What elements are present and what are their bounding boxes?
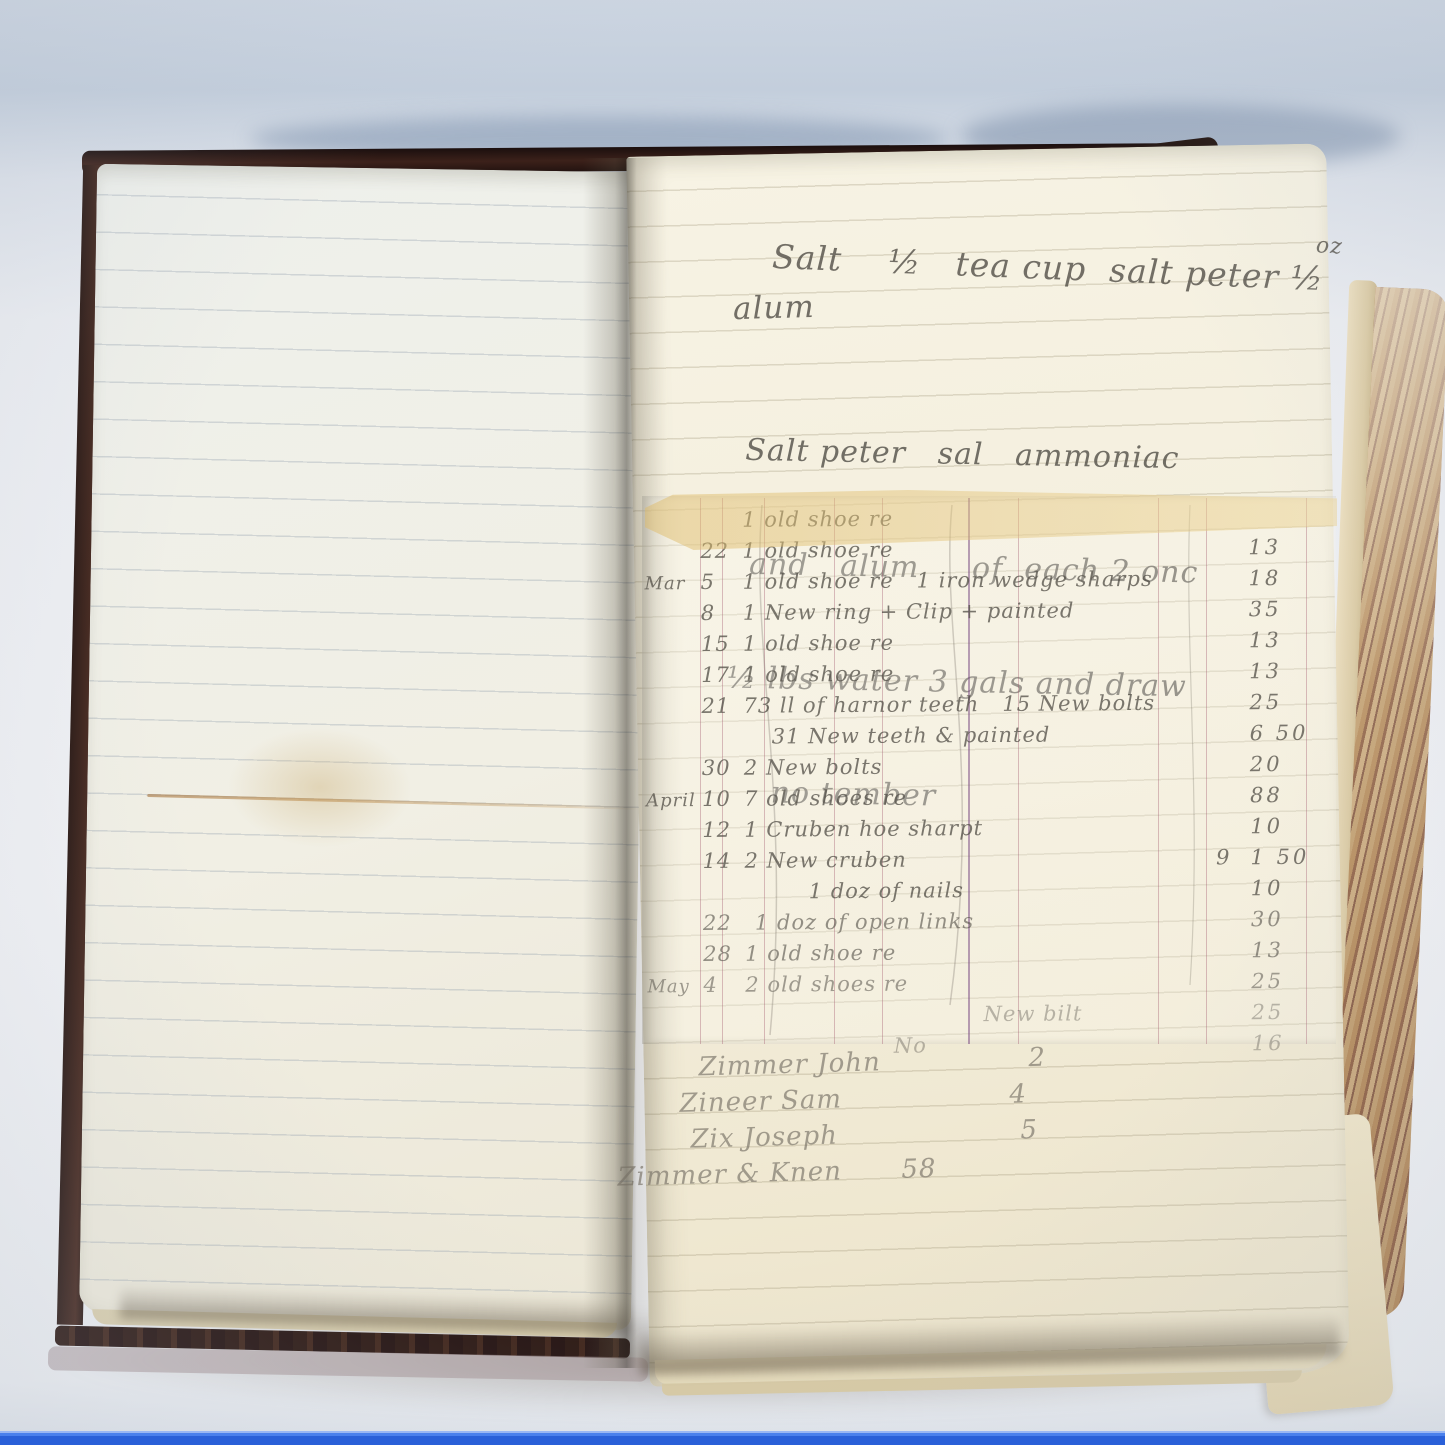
ledger-amount: 13 xyxy=(1249,659,1337,684)
ledger-amount: 13 xyxy=(1249,628,1337,653)
ledger-amount: 10 xyxy=(1251,876,1339,901)
ledger-row: Mar51 old shoe re 1 iron wedge sharps18 xyxy=(644,566,1336,602)
ledger-pre-amount xyxy=(1170,554,1248,555)
blue-table-edge xyxy=(0,1431,1445,1445)
ledger-pre-amount xyxy=(1173,988,1251,989)
ledger-amount: 30 xyxy=(1251,907,1339,932)
ledger-row: 81 New ring + Clip + painted35 xyxy=(645,597,1337,633)
ledger-pre-amount xyxy=(1174,1019,1252,1020)
ledger-row: 31 New teeth & painted6 50 xyxy=(646,721,1338,757)
ledger-item: 1 Cruben hoe sharpt xyxy=(744,815,1172,842)
ledger-day: 4 xyxy=(703,973,745,997)
account-value: 5 xyxy=(1020,1113,1101,1145)
accounts-list: Zimmer John2 Zineer Sam4 Zix Joseph5 Zim… xyxy=(614,1041,1098,1198)
photo-of-open-ledger-book: V W Y Z Salt ½ tea cup salt peter ½ oz a… xyxy=(0,0,1445,1445)
ledger-amount: 13 xyxy=(1248,535,1336,560)
ledger-pre-amount xyxy=(1171,647,1249,648)
ledger-pre-amount xyxy=(1171,616,1249,617)
ledger-day: 12 xyxy=(702,818,744,842)
ledger-pre-amount xyxy=(1171,678,1249,679)
ledger-amount: 10 xyxy=(1250,814,1338,839)
ledger-pre-amount xyxy=(1171,585,1249,586)
ledger-day: 8 xyxy=(701,601,743,625)
ledger-month: April xyxy=(646,790,702,811)
ledger-day: 22 xyxy=(703,911,745,935)
ledger-entries: 1 old shoe re 221 old shoe re13 Mar51 ol… xyxy=(644,504,1340,1067)
ledger-item: 2 New bolts xyxy=(744,753,1172,780)
ledger-pre-amount xyxy=(1171,709,1249,710)
ledger-item: 1 old shoe re 1 iron wedge sharps xyxy=(742,567,1170,594)
ledger-amount: 25 xyxy=(1251,969,1339,994)
ledger-amount: 1 50 xyxy=(1250,845,1338,870)
ledger-amount: 25 xyxy=(1249,690,1337,715)
ledger-item: New bilt xyxy=(746,1001,1174,1028)
account-value: 4 xyxy=(1009,1077,1090,1109)
ledger-amount: 20 xyxy=(1250,752,1338,777)
ledger-row: 1 doz of nails10 xyxy=(647,876,1339,912)
ledger-amount: 16 xyxy=(1252,1031,1340,1056)
ledger-pre-amount: 9 xyxy=(1172,845,1250,870)
ledger-month: Mar xyxy=(645,573,701,594)
ledger-amount: 6 50 xyxy=(1250,721,1338,746)
ledger-day: 30 xyxy=(702,756,744,780)
ledger-pre-amount xyxy=(1174,1050,1252,1051)
ledger-day: 14 xyxy=(702,849,744,873)
ledger-day: 21 xyxy=(701,694,743,718)
ledger-pre-amount xyxy=(1172,802,1250,803)
ledger-row: April107 old shoes re88 xyxy=(646,783,1338,819)
ledger-day: 10 xyxy=(702,787,744,811)
ledger-row: 151 old shoe re13 xyxy=(645,628,1337,664)
ledger-item: 7 old shoes re xyxy=(744,784,1172,811)
ledger-item: 1 doz of open links xyxy=(745,908,1173,935)
ledger-day: 17 xyxy=(701,663,743,687)
ledger-pre-amount xyxy=(1173,957,1251,958)
ledger-day: 5 xyxy=(700,570,742,594)
account-value: 2 xyxy=(1028,1041,1109,1073)
ledger-day: 28 xyxy=(703,942,745,966)
ledger-pre-amount xyxy=(1172,771,1250,772)
ledger-row: May42 old shoes re25 xyxy=(647,969,1339,1005)
ledger-item: 2 New cruben xyxy=(744,846,1172,873)
ledger-month: May xyxy=(647,976,703,997)
ledger-amount: 88 xyxy=(1250,783,1338,808)
ledger-row: 221 doz of open links30 xyxy=(647,907,1339,943)
ledger-item: 1 doz of nails xyxy=(745,877,1173,904)
ledger-item: 2 old shoes re xyxy=(745,970,1173,997)
ledger-amount: 35 xyxy=(1249,597,1337,622)
ledger-item: 31 New teeth & painted xyxy=(744,722,1172,749)
ledger-row: 171 old shoe re13 xyxy=(645,659,1337,695)
ledger-pre-amount xyxy=(1173,926,1251,927)
ledger-item: 1 old shoe re xyxy=(743,660,1171,687)
ledger-item: 1 New ring + Clip + painted xyxy=(743,598,1171,625)
ledger-pre-amount xyxy=(1172,740,1250,741)
account-value: 58 xyxy=(901,1153,982,1185)
ledger-amount: 25 xyxy=(1252,1000,1340,1025)
ledger-item: 1 old shoe re xyxy=(745,939,1173,966)
ledger-day: 15 xyxy=(701,632,743,656)
ledger-row: 2173 ll of harnor teeth 15 New bolts25 xyxy=(645,690,1337,726)
ledger-amount: 18 xyxy=(1248,566,1336,591)
ledger-pre-amount xyxy=(1173,895,1251,896)
ledger-row: 281 old shoe re13 xyxy=(647,938,1339,974)
ledger-row: New bilt25 xyxy=(648,1000,1340,1036)
ledger-item: 1 old shoe re xyxy=(743,629,1171,656)
ledger-amount: 13 xyxy=(1251,938,1339,963)
ledger-row: 121 Cruben hoe sharpt10 xyxy=(646,814,1338,850)
ledger-row: 302 New bolts20 xyxy=(646,752,1338,788)
ledger-row: 142 New cruben91 50 xyxy=(646,845,1338,881)
ledger-pre-amount xyxy=(1172,833,1250,834)
ledger-item: 73 ll of harnor teeth 15 New bolts xyxy=(743,691,1171,718)
